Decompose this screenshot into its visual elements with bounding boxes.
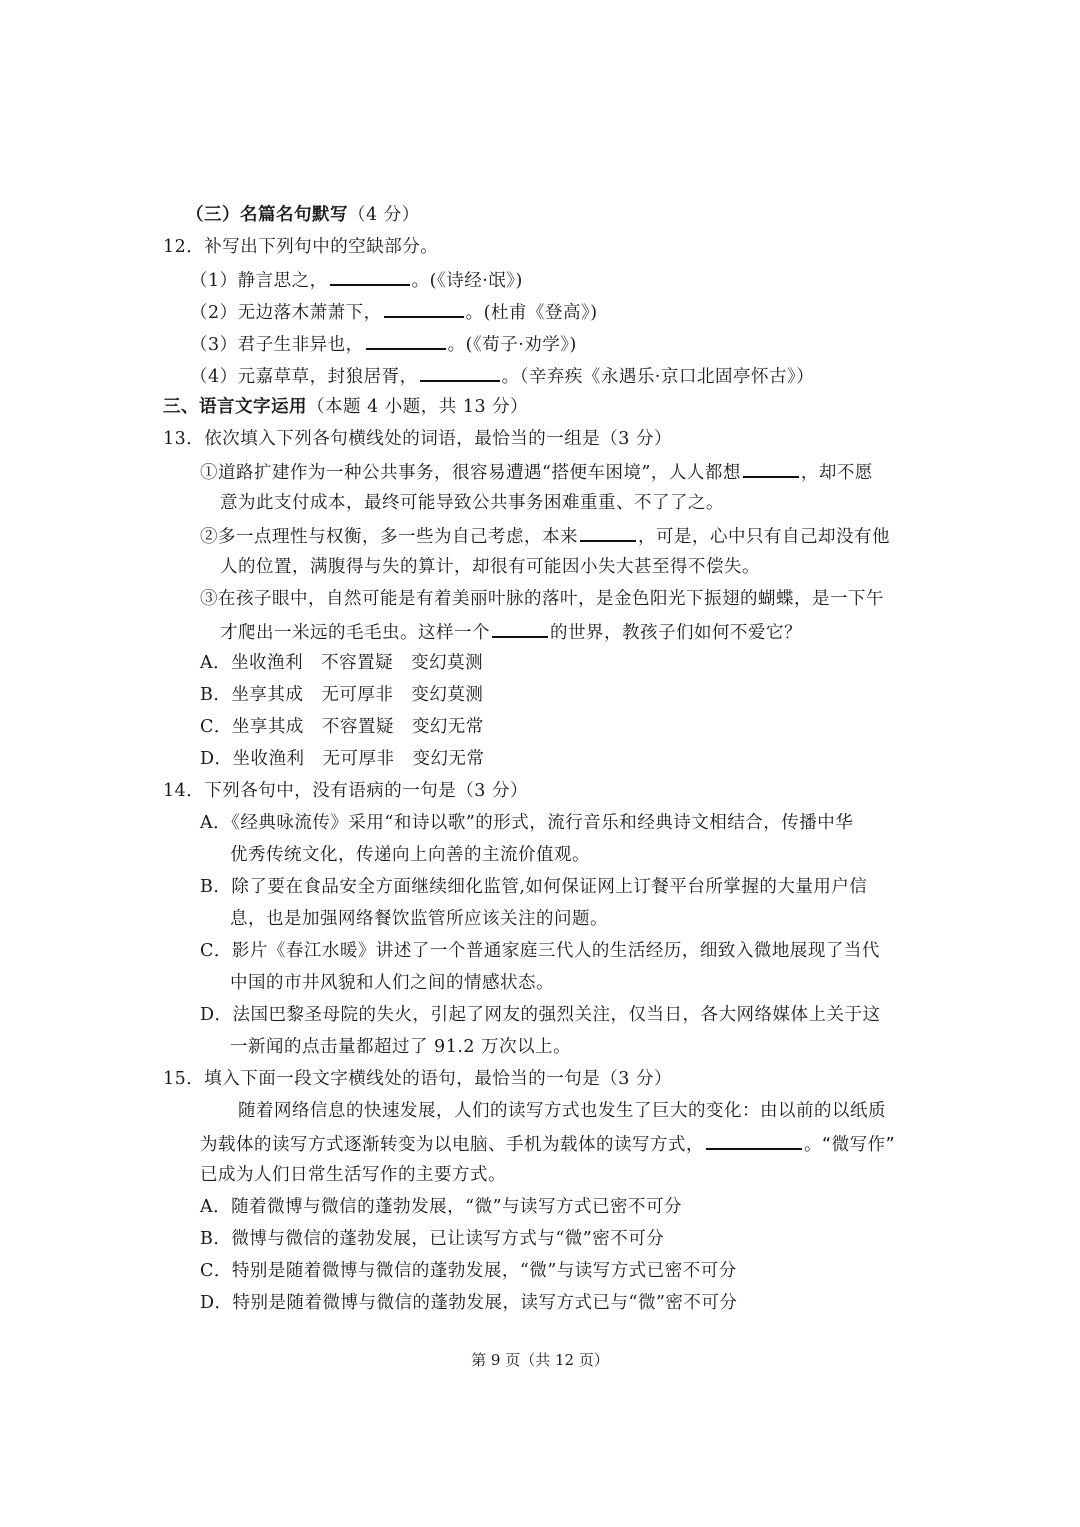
answer-blank[interactable]: [366, 331, 446, 350]
q15-passage-text: 为载体的读写方式逐渐转变为以电脑、手机为载体的读写方式，: [200, 1135, 704, 1155]
part-title: 三、语言文字运用: [163, 397, 307, 417]
answer-blank[interactable]: [743, 459, 799, 478]
q15-option-c[interactable]: C．特别是随着微博与微信的蓬勃发展，“微”与读写方式已密不可分: [200, 1259, 737, 1283]
q12-item-1-source: 。(《诗经·氓》): [412, 271, 523, 291]
answer-blank[interactable]: [706, 1131, 802, 1150]
section-points: （4 分）: [348, 205, 420, 225]
q13-option-a[interactable]: A．坐收渔利 不容置疑 变幻莫测: [200, 651, 483, 675]
q13-sentence-2-cont: 人的位置，满腹得与失的算计，却很有可能因小失大甚至得不偿失。: [220, 555, 760, 579]
section-heading: （三）名篇名句默写（4 分）: [186, 203, 420, 227]
q13-sentence-2: ②多一点理性与权衡，多一些为自己考虑，本来，可是，心中只有自己却没有他: [200, 523, 890, 549]
q15-option-a[interactable]: A．随着微博与微信的蓬勃发展，“微”与读写方式已密不可分: [200, 1195, 682, 1219]
q15-passage-line-1: 随着网络信息的快速发展，人们的读写方式也发生了巨大的变化：由以前的以纸质: [238, 1099, 886, 1123]
q13-sentence-1-cont: 意为此支付成本，最终可能导致公共事务困难重重、不了了之。: [220, 491, 724, 515]
q15-option-d[interactable]: D．特别是随着微博与微信的蓬勃发展，读写方式已与“微”密不可分: [200, 1291, 737, 1315]
q13-s3-text-end: 的世界，教孩子们如何不爱它？: [550, 623, 802, 643]
q13-s2-text-end: ，可是，心中只有自己却没有他: [638, 527, 890, 547]
q13-option-c[interactable]: C．坐享其成 不容置疑 变幻无常: [200, 715, 484, 739]
answer-blank[interactable]: [330, 267, 410, 286]
answer-blank[interactable]: [420, 363, 500, 382]
q13-option-b[interactable]: B．坐享其成 无可厚非 变幻莫测: [200, 683, 483, 707]
q13-sentence-3: ③在孩子眼中，自然可能是有着美丽叶脉的落叶，是金色阳光下振翅的蝴蝶，是一下午: [200, 587, 884, 611]
q12-item-1: （1）静言思之，。(《诗经·氓》): [190, 267, 523, 293]
q12-item-4-source: 。（辛弃疾《永遇乐·京口北固亭怀古》）: [502, 367, 815, 387]
q14-option-a[interactable]: A．《经典咏流传》采用“和诗以歌”的形式，流行音乐和经典诗文相结合，传播中华: [200, 811, 853, 835]
q14-stem: 14．下列各句中，没有语病的一句是（3 分）: [163, 779, 528, 803]
q15-passage-text-end: 。“微写作”: [804, 1135, 895, 1155]
q12-item-3-prefix: （3）君子生非异也，: [190, 335, 364, 355]
page-number: 第 9 页（共 12 页）: [0, 1350, 1080, 1370]
q12-item-2-prefix: （2）无边落木萧萧下，: [190, 303, 382, 323]
q12-item-2-source: 。(杜甫《登高》): [466, 303, 598, 323]
q14-option-c-cont: 中国的市井风貌和人们之间的情感状态。: [230, 971, 554, 995]
q13-sentence-1: ①道路扩建作为一种公共事务，很容易遭遇“搭便车困境”，人人都想，却不愿: [200, 459, 873, 485]
q12-item-4: （4）元嘉草草，封狼居胥，。（辛弃疾《永遇乐·京口北固亭怀古》）: [190, 363, 814, 389]
q13-option-d[interactable]: D．坐收渔利 无可厚非 变幻无常: [200, 747, 485, 771]
q15-stem: 15．填入下面一段文字横线处的语句，最恰当的一句是（3 分）: [163, 1067, 672, 1091]
part-heading: 三、语言文字运用（本题 4 小题，共 13 分）: [163, 395, 528, 419]
q14-option-b[interactable]: B．除了要在食品安全方面继续细化监管,如何保证网上订餐平台所掌握的大量用户信: [200, 875, 867, 899]
q13-s1-text-end: ，却不愿: [801, 463, 873, 483]
q15-passage-line-2: 为载体的读写方式逐渐转变为以电脑、手机为载体的读写方式，。“微写作”: [200, 1131, 895, 1157]
q12-item-3-source: 。(《荀子·劝学》): [448, 335, 577, 355]
q13-s3-text: 才爬出一米远的毛毛虫。这样一个: [220, 623, 490, 643]
q14-option-d[interactable]: D．法国巴黎圣母院的失火，引起了网友的强烈关注，仅当日，各大网络媒体上关于这: [200, 1003, 881, 1027]
q12-item-2: （2）无边落木萧萧下，。(杜甫《登高》): [190, 299, 598, 325]
answer-blank[interactable]: [580, 523, 636, 542]
answer-blank[interactable]: [384, 299, 464, 318]
answer-blank[interactable]: [492, 619, 548, 638]
q13-sentence-3-cont: 才爬出一米远的毛毛虫。这样一个的世界，教孩子们如何不爱它？: [220, 619, 802, 645]
q13-stem: 13．依次填入下列各句横线处的词语，最恰当的一组是（3 分）: [163, 427, 672, 451]
q12-item-1-prefix: （1）静言思之，: [190, 271, 328, 291]
q12-stem: 12．补写出下列句中的空缺部分。: [163, 235, 438, 259]
q13-s2-text: ②多一点理性与权衡，多一些为自己考虑，本来: [200, 527, 578, 547]
q14-option-b-cont: 息，也是加强网络餐饮监管所应该关注的问题。: [230, 907, 608, 931]
q12-item-4-prefix: （4）元嘉草草，封狼居胥，: [190, 367, 418, 387]
q15-passage-line-3: 已成为人们日常生活写作的主要方式。: [200, 1163, 506, 1187]
section-title: （三）名篇名句默写: [186, 205, 348, 225]
q14-option-c[interactable]: C．影片《春江水暖》讲述了一个普通家庭三代人的生活经历，细致入微地展现了当代: [200, 939, 880, 963]
q15-option-b[interactable]: B．微博与微信的蓬勃发展，已让读写方式与“微”密不可分: [200, 1227, 664, 1251]
part-points: （本题 4 小题，共 13 分）: [307, 397, 528, 417]
q13-s1-text: ①道路扩建作为一种公共事务，很容易遭遇“搭便车困境”，人人都想: [200, 463, 741, 483]
q12-item-3: （3）君子生非异也，。(《荀子·劝学》): [190, 331, 577, 357]
q14-option-d-cont: 一新闻的点击量都超过了 91.2 万次以上。: [230, 1035, 571, 1059]
q14-option-a-cont: 优秀传统文化，传递向上向善的主流价值观。: [230, 843, 590, 867]
